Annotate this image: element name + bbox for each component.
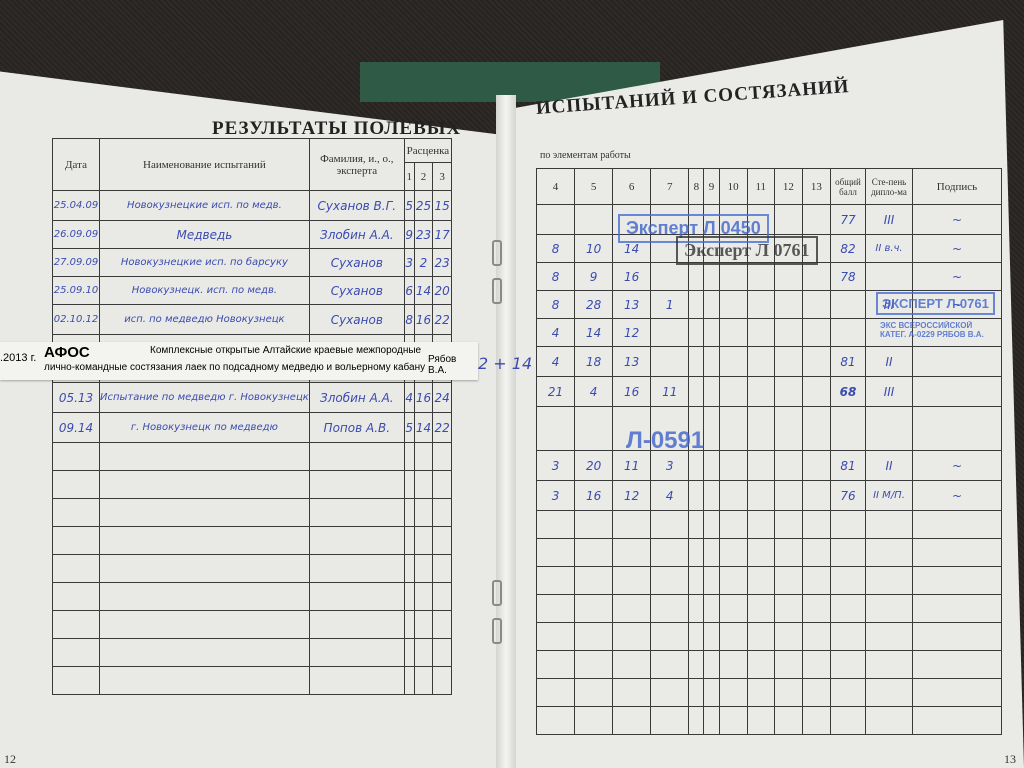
book-spine: [496, 95, 516, 768]
cell-total: 81: [831, 451, 866, 481]
cell-r1: 9: [404, 221, 414, 249]
page-number-right: 13: [1004, 752, 1016, 767]
cell-name: Испытание по медведю г. Новокузнецк: [100, 383, 310, 413]
cell-total: 82: [831, 235, 866, 263]
header-rating: Расценка: [404, 139, 451, 163]
cell-diploma: II в.ч.: [866, 235, 913, 263]
cell-date: 26.09.09: [53, 221, 100, 249]
expert-stamp: Эксперт Л 0761: [676, 236, 818, 265]
staple-icon: [492, 278, 502, 304]
competition-label: .2013 г. АФОС Комплексные открытые Алтай…: [0, 342, 478, 380]
cell-date: 09.14: [53, 413, 100, 443]
cell-r3: 24: [433, 383, 452, 413]
cell-diploma: III: [866, 205, 913, 235]
table-row: 41813 81 II: [537, 347, 1002, 377]
cell-r1: 8: [404, 305, 414, 335]
header-col-8: 8: [689, 169, 704, 205]
header-col-5: 5: [575, 169, 613, 205]
header-rating-1: 1: [404, 163, 414, 191]
header-diploma: Сте-пень дипло-ма: [866, 169, 913, 205]
cell-expert: Суханов: [309, 305, 404, 335]
cell-diploma: [866, 263, 913, 291]
page-number-left: 12: [4, 752, 16, 767]
cell-r3: 17: [433, 221, 452, 249]
handwritten-scores: 2 + 14: [478, 354, 532, 373]
cell-r1: 5: [404, 191, 414, 221]
cell-signature: ~: [913, 481, 1002, 511]
cell-diploma: III: [866, 377, 913, 407]
cell-expert: Злобин А.А.: [309, 221, 404, 249]
header-rating-2: 2: [414, 163, 433, 191]
header-date: Дата: [53, 139, 100, 191]
table-row: 02.10.12 исп. по медведю Новокузнецк Сух…: [53, 305, 452, 335]
cell-total: 77: [831, 205, 866, 235]
header-col-4: 4: [537, 169, 575, 205]
cell-total: 68: [831, 377, 866, 407]
cell-r2: 23: [414, 221, 433, 249]
expert-stamp: ЭКСПЕРТ Л-0761: [876, 292, 995, 315]
table-row: 05.13 Испытание по медведю г. Новокузнец…: [53, 383, 452, 413]
header-col-7: 7: [651, 169, 689, 205]
cell-r3: 15: [433, 191, 452, 221]
cell-r2: 25: [414, 191, 433, 221]
cell-name: исп. по медведю Новокузнецк: [100, 305, 310, 335]
cell-date: 25.09.10: [53, 277, 100, 305]
cell-r3: 22: [433, 413, 452, 443]
label-date: .2013 г.: [0, 352, 36, 364]
cell-r3: 23: [433, 249, 452, 277]
cell-total: 81: [831, 347, 866, 377]
cell-total: [831, 291, 866, 319]
table-row: 25.04.09 Новокузнецкие исп. по медв. Сух…: [53, 191, 452, 221]
label-org: АФОС: [44, 344, 90, 361]
cell-name: Новокузнецк. исп. по медв.: [100, 277, 310, 305]
expert-stamp: ЭКС ВСЕРОССИЙСКОЙ КАТЕГ. А-0229 РЯБОВ В.…: [876, 320, 1004, 340]
header-col-10: 10: [719, 169, 747, 205]
expert-stamp: Л-0591: [622, 425, 780, 457]
cell-expert: Попов А.В.: [309, 413, 404, 443]
cell-signature: ~: [913, 235, 1002, 263]
table-row: 8916 78 ~: [537, 263, 1002, 291]
cell-r1: 4: [404, 383, 414, 413]
left-page-title: РЕЗУЛЬТАТЫ ПОЛЕВЫХ: [212, 118, 461, 140]
cell-total: 78: [831, 263, 866, 291]
cell-r3: 22: [433, 305, 452, 335]
cell-diploma: II М/П.: [866, 481, 913, 511]
cell-name: Медведь: [100, 221, 310, 249]
cell-r2: 14: [414, 277, 433, 305]
cell-signature: ~: [913, 451, 1002, 481]
table-row: 77 III ~: [537, 205, 1002, 235]
left-results-table: Дата Наименование испытаний Фамилия, и.,…: [52, 138, 452, 695]
cell-r3: 20: [433, 277, 452, 305]
table-row: 25.09.10 Новокузнецк. исп. по медв. Суха…: [53, 277, 452, 305]
cell-expert: Злобин А.А.: [309, 383, 404, 413]
cell-total: 76: [831, 481, 866, 511]
cell-r1: 5: [404, 413, 414, 443]
label-expert: Рябов В.А.: [428, 354, 478, 376]
header-rating-3: 3: [433, 163, 452, 191]
cell-r2: 14: [414, 413, 433, 443]
header-col-11: 11: [747, 169, 774, 205]
cell-r2: 16: [414, 383, 433, 413]
header-total: общий балл: [831, 169, 866, 205]
table-row: 27.09.09 Новокузнецкие исп. по барсуку С…: [53, 249, 452, 277]
cell-date: 27.09.09: [53, 249, 100, 277]
cell-name: г. Новокузнецк по медведю: [100, 413, 310, 443]
header-col-12: 12: [774, 169, 802, 205]
cell-r2: 2: [414, 249, 433, 277]
table-row: 2141611 68 III: [537, 377, 1002, 407]
header-col-13: 13: [802, 169, 830, 205]
cell-signature: ~: [913, 263, 1002, 291]
cell-date: 02.10.12: [53, 305, 100, 335]
cell-date: 25.04.09: [53, 191, 100, 221]
cell-date: 05.13: [53, 383, 100, 413]
header-col-6: 6: [613, 169, 651, 205]
cell-signature: ~: [913, 205, 1002, 235]
cell-name: Новокузнецкие исп. по барсуку: [100, 249, 310, 277]
table-row: 09.14 г. Новокузнецк по медведю Попов А.…: [53, 413, 452, 443]
staple-icon: [492, 618, 502, 644]
label-line1: Комплексные открытые Алтайские краевые м…: [150, 345, 421, 356]
cell-name: Новокузнецкие исп. по медв.: [100, 191, 310, 221]
table-row: 26.09.09 Медведь Злобин А.А. 9 23 17: [53, 221, 452, 249]
cell-diploma: II: [866, 347, 913, 377]
header-col-9: 9: [704, 169, 719, 205]
table-row: 316124 76 II М/П. ~: [537, 481, 1002, 511]
cell-r2: 16: [414, 305, 433, 335]
staple-icon: [492, 580, 502, 606]
header-signature: Подпись: [913, 169, 1002, 205]
cell-r1: 6: [404, 277, 414, 305]
cell-expert: Суханов: [309, 249, 404, 277]
cell-r1: 3: [404, 249, 414, 277]
staple-icon: [492, 240, 502, 266]
cell-diploma: II: [866, 451, 913, 481]
cell-expert: Суханов В.Г.: [309, 191, 404, 221]
cell-expert: Суханов: [309, 277, 404, 305]
label-line2: лично-командные состязания лаек по подса…: [44, 362, 425, 373]
elements-header: по элементам работы: [540, 150, 631, 161]
header-name: Наименование испытаний: [100, 139, 310, 191]
header-expert: Фамилия, и., о., эксперта: [309, 139, 404, 191]
